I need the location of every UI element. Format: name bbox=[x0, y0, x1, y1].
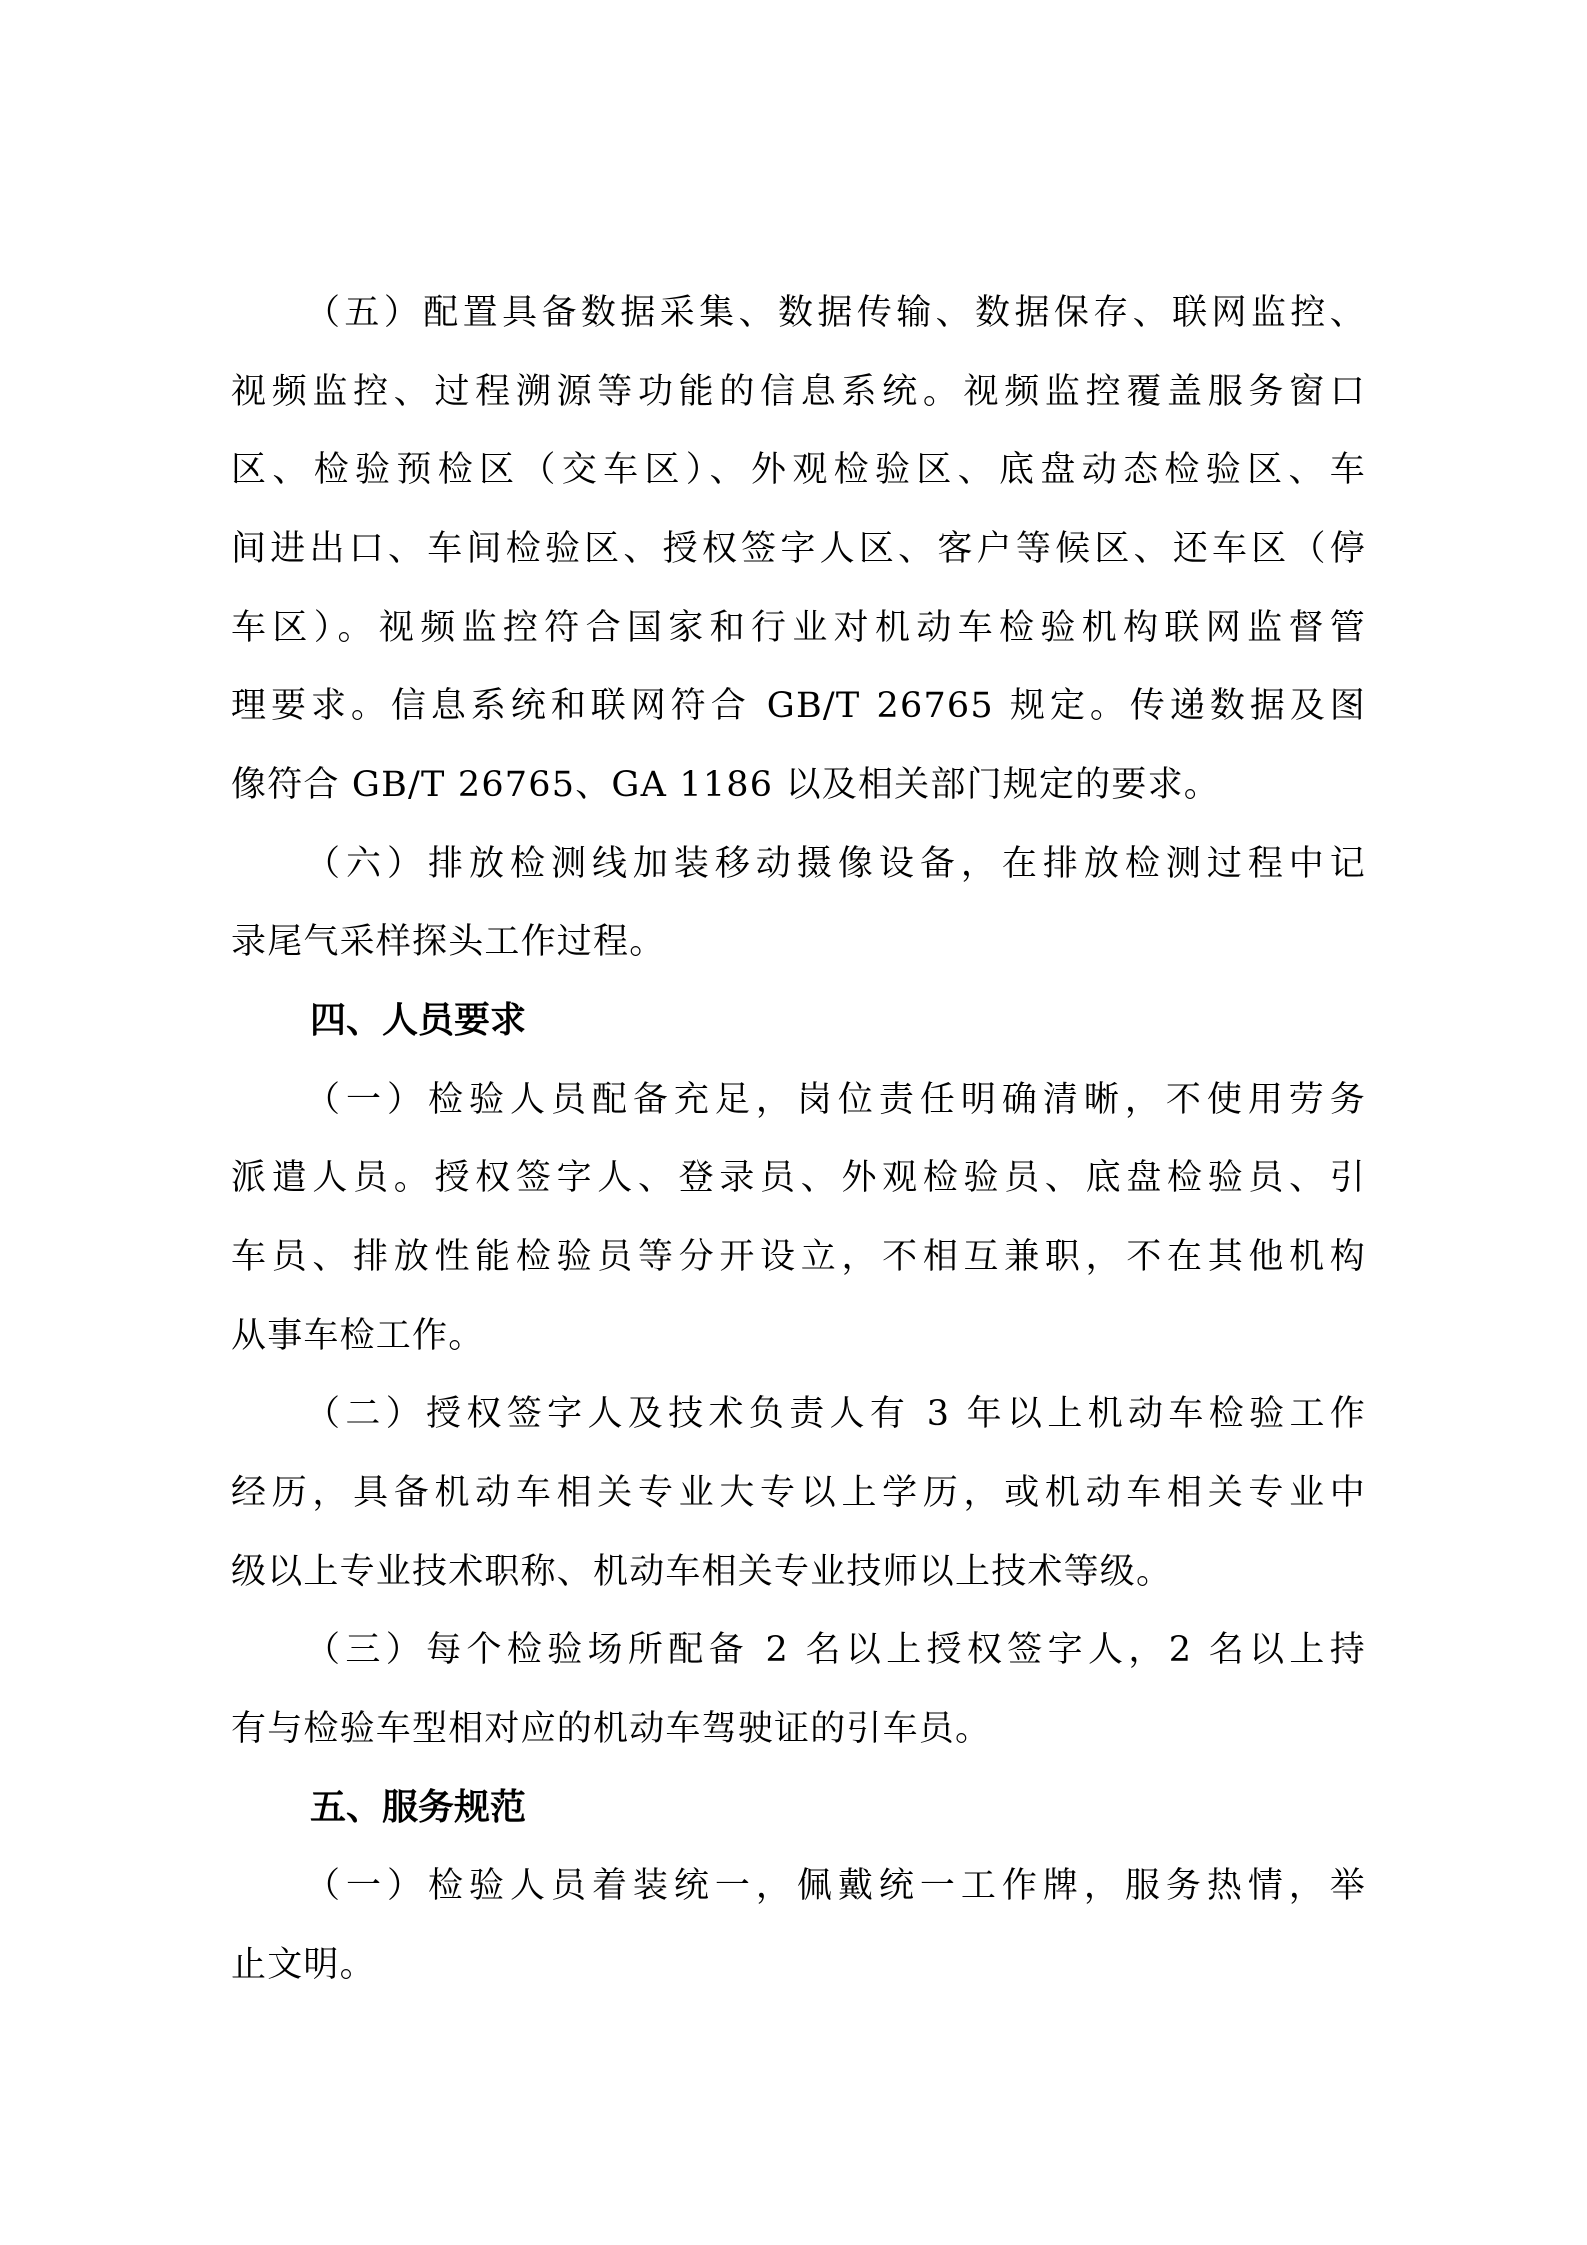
section-5-heading: 五、服务规范 bbox=[310, 1778, 526, 1838]
paragraph-5-line-3: 区、检验预检区（交车区）、外观检验区、底盘动态检验区、车 bbox=[231, 440, 1366, 500]
paragraph-5-line-2: 视频监控、过程溯源等功能的信息系统。视频监控覆盖服务窗口 bbox=[231, 362, 1366, 422]
section-4-item-1-line-2: 派遣人员。授权签字人、登录员、外观检验员、底盘检验员、引 bbox=[231, 1148, 1366, 1208]
paragraph-5-line-7: 像符合 GB/T 26765、GA 1186 以及相关部门规定的要求。 bbox=[231, 755, 1366, 815]
paragraph-5-line-4: 间进出口、车间检验区、授权签字人区、客户等候区、还车区（停 bbox=[231, 519, 1366, 579]
section-4-item-1-line-1: （一）检验人员配备充足，岗位责任明确清晰，不使用劳务 bbox=[305, 1070, 1366, 1130]
paragraph-6-line-2: 录尾气采样探头工作过程。 bbox=[231, 912, 1366, 972]
document-page: （五）配置具备数据采集、数据传输、数据保存、联网监控、 视频监控、过程溯源等功能… bbox=[0, 0, 1587, 2245]
section-4-item-3-line-2: 有与检验车型相对应的机动车驾驶证的引车员。 bbox=[231, 1699, 1366, 1759]
section-5-item-1-line-1: （一）检验人员着装统一，佩戴统一工作牌，服务热情，举 bbox=[305, 1856, 1366, 1916]
paragraph-6-line-1: （六）排放检测线加装移动摄像设备，在排放检测过程中记 bbox=[305, 834, 1366, 894]
section-4-item-1-line-4: 从事车检工作。 bbox=[231, 1306, 1366, 1366]
section-4-item-2-line-2: 经历，具备机动车相关专业大专以上学历，或机动车相关专业中 bbox=[231, 1463, 1366, 1523]
paragraph-5-line-5: 车区）。视频监控符合国家和行业对机动车检验机构联网监督管 bbox=[231, 598, 1366, 658]
section-5-item-1-line-2: 止文明。 bbox=[231, 1935, 1366, 1995]
section-4-item-1-line-3: 车员、排放性能检验员等分开设立，不相互兼职，不在其他机构 bbox=[231, 1227, 1366, 1287]
section-4-item-2-line-1: （二）授权签字人及技术负责人有 3 年以上机动车检验工作 bbox=[305, 1384, 1366, 1444]
section-4-item-2-line-3: 级以上专业技术职称、机动车相关专业技师以上技术等级。 bbox=[231, 1542, 1366, 1602]
paragraph-5-line-1: （五）配置具备数据采集、数据传输、数据保存、联网监控、 bbox=[305, 283, 1366, 343]
section-4-heading: 四、人员要求 bbox=[310, 991, 526, 1051]
section-4-item-3-line-1: （三）每个检验场所配备 2 名以上授权签字人，2 名以上持 bbox=[305, 1620, 1366, 1680]
paragraph-5-line-6: 理要求。信息系统和联网符合 GB/T 26765 规定。传递数据及图 bbox=[231, 676, 1366, 736]
